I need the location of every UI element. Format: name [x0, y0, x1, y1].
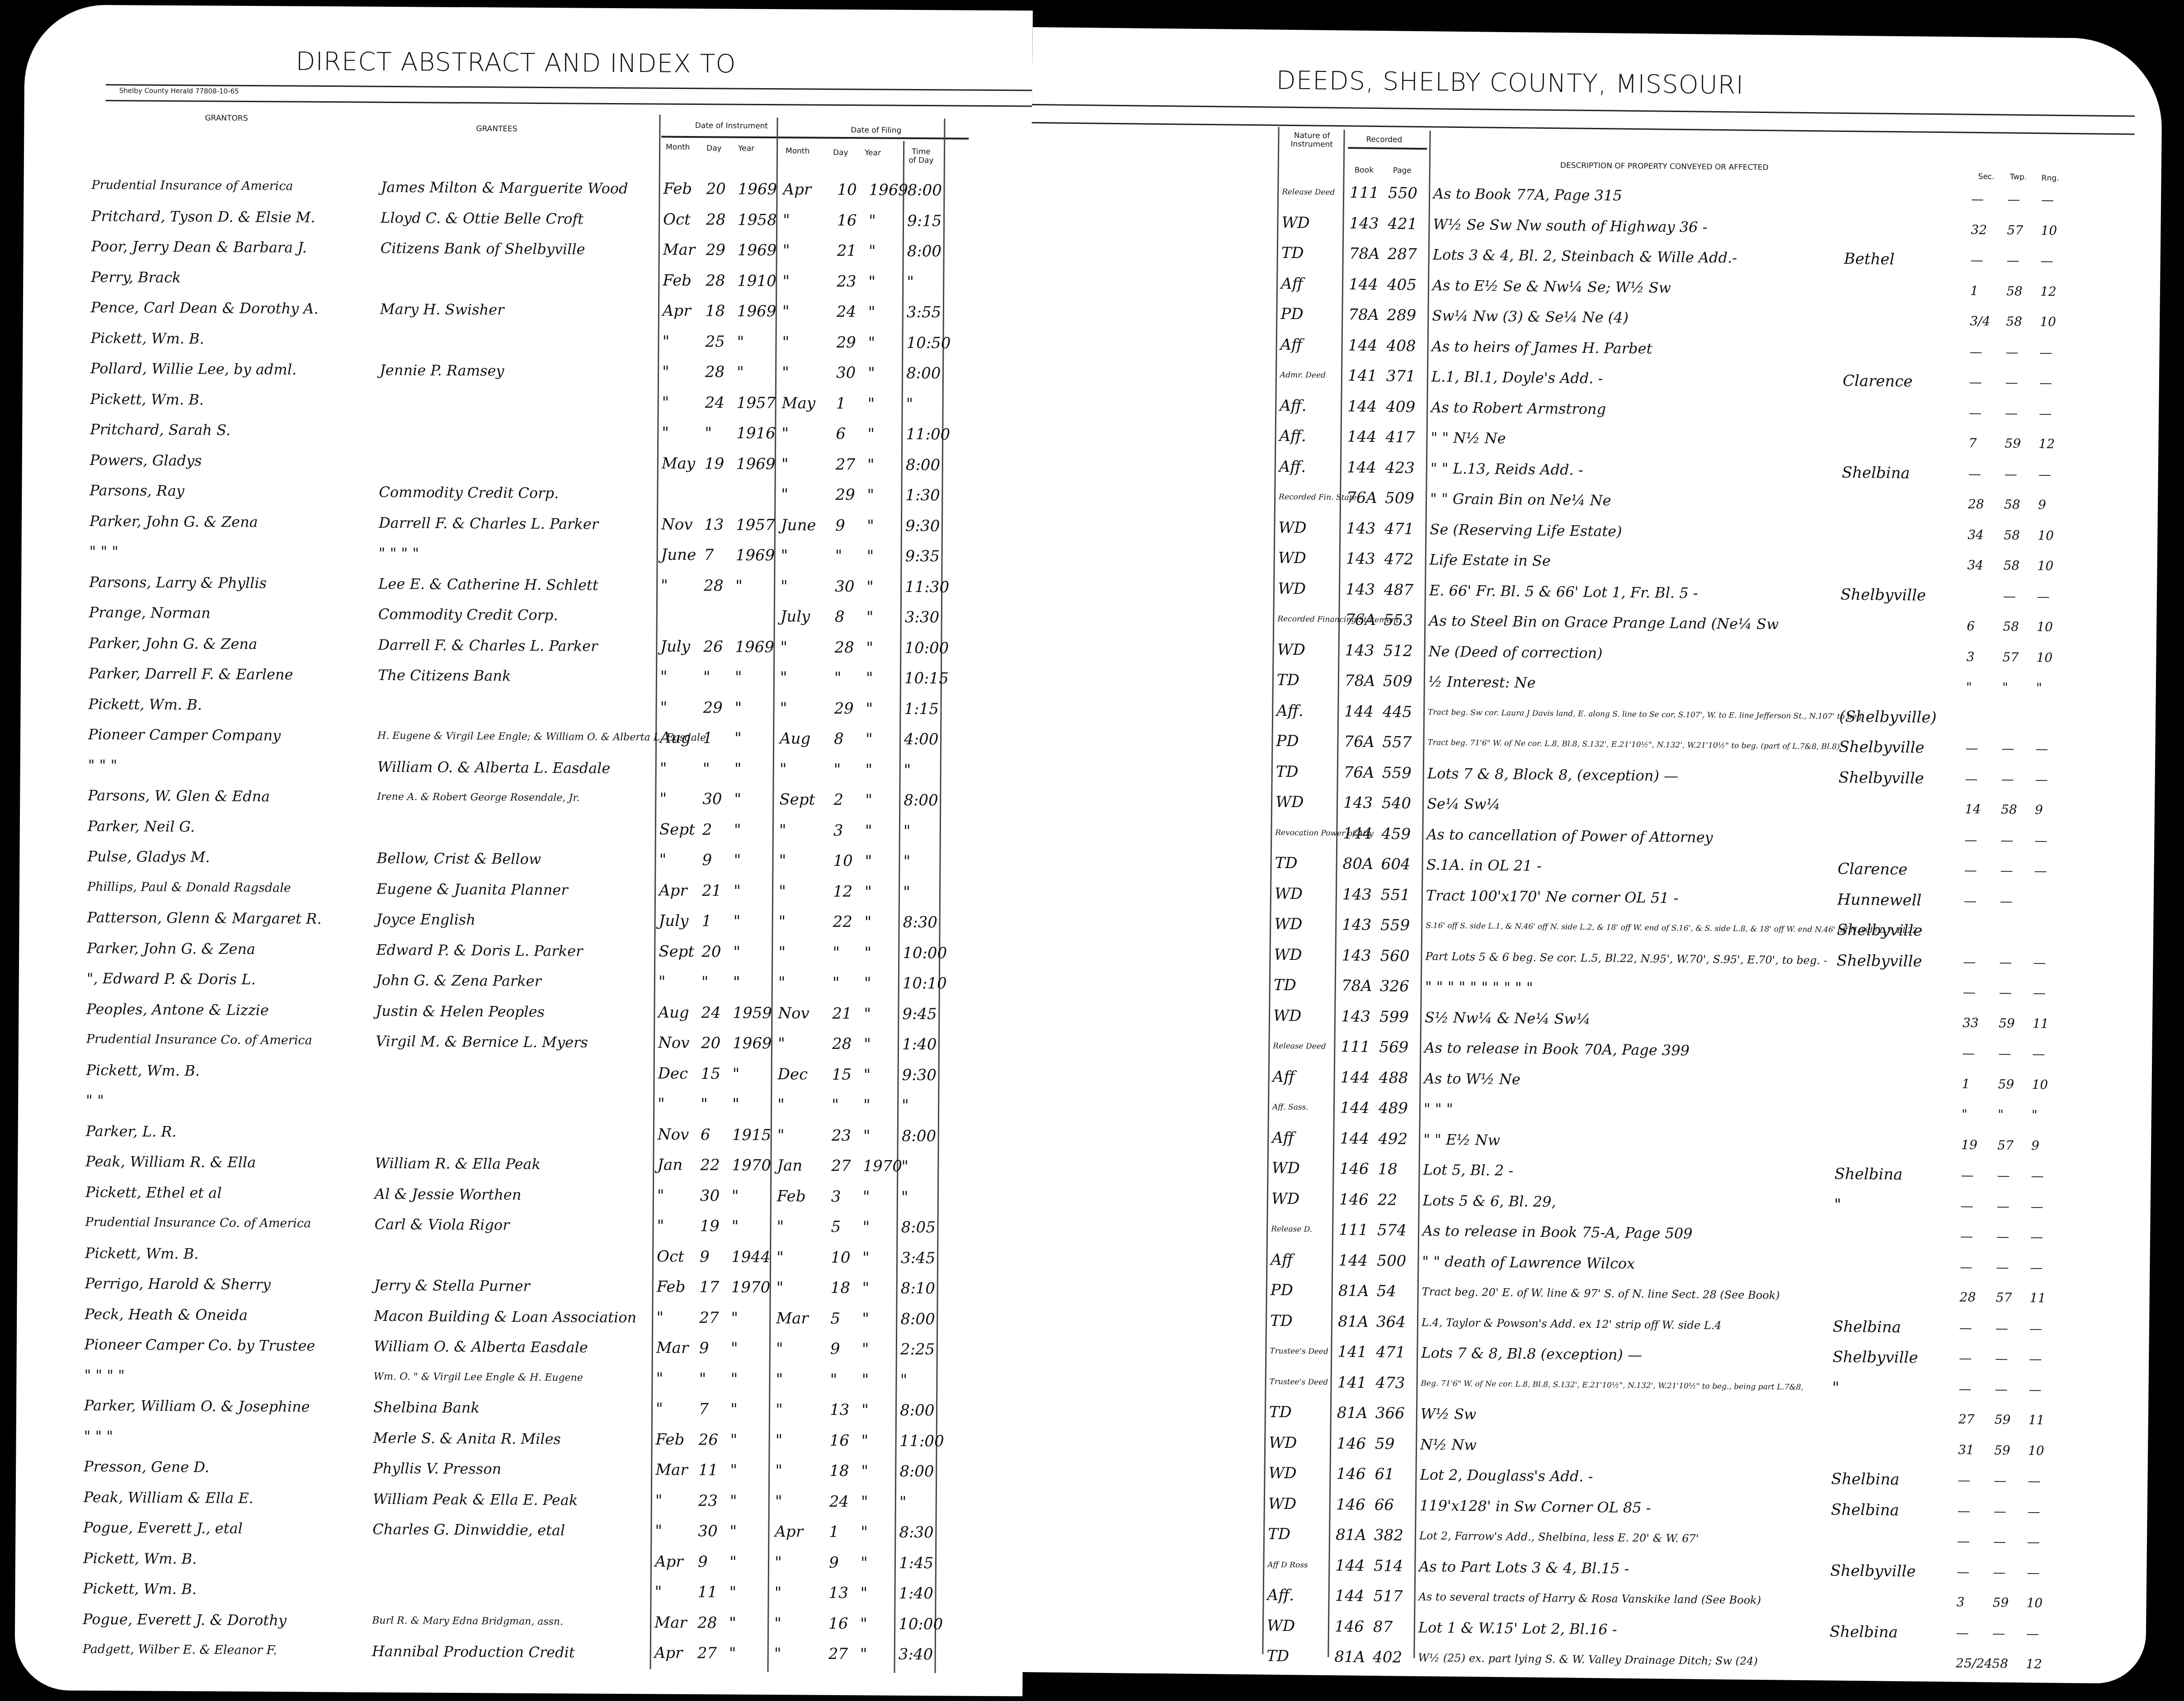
nature-of-instrument-cell: WD [1271, 1185, 1300, 1212]
filing-month-cell: " [781, 573, 788, 599]
grantee-cell: Carl & Viola Rigor [374, 1211, 509, 1238]
book-cell: 143 [1346, 515, 1376, 542]
section-cell: — [1969, 338, 1982, 365]
grantor-cell: Perry, Brack [91, 263, 181, 290]
township-cell: — [1994, 1467, 2007, 1494]
range-cell: 10 [2026, 1590, 2043, 1616]
township-cell: — [1993, 1498, 2006, 1524]
ledger-row: Peck, Heath & OneidaMacon Building & Loa… [17, 1300, 1025, 1333]
instrument-month-cell: Mar [655, 1457, 688, 1483]
grantor-cell: Patterson, Glenn & Margaret R. [87, 904, 321, 932]
instrument-year-cell: " [732, 1091, 739, 1118]
instrument-year-cell: " [730, 1366, 738, 1392]
nature-of-instrument-cell: Aff [1271, 1246, 1293, 1273]
filing-month-cell: " [782, 298, 790, 324]
grantee-cell: Wm. O. " & Virgil Lee Engle & H. Eugene [373, 1363, 583, 1391]
description-cell: Lot 2, Douglass's Add. - [1420, 1461, 1593, 1490]
filing-year-cell: " [863, 1062, 871, 1088]
nature-of-instrument-cell: WD [1273, 1002, 1302, 1029]
grantor-cell: Pritchard, Tyson D. & Elsie M. [91, 202, 315, 230]
book-cell: 143 [1346, 576, 1375, 603]
township-cell: — [1999, 949, 2012, 975]
page-cell: 54 [1376, 1278, 1396, 1304]
grantor-cell: Pickett, Wm. B. [88, 691, 202, 718]
grantee-cell: Shelbina Bank [373, 1394, 480, 1421]
instrument-day-cell: 29 [706, 237, 726, 263]
township-cell: — [1993, 1559, 2006, 1585]
ledger-row: Phillips, Paul & Donald RagsdaleEugene &… [19, 873, 1027, 906]
filing-month-cell: Aug [780, 725, 811, 752]
instrument-day-cell: 21 [702, 878, 722, 904]
instrument-year-cell: 1957 [736, 512, 775, 538]
instrument-day-cell: 19 [705, 451, 725, 477]
filing-day-cell: 27 [828, 1641, 848, 1667]
book-cell: 81A [1337, 1400, 1368, 1426]
ledger-row: Pickett, Wm. B."241957May1"" [22, 385, 1030, 418]
nature-of-instrument-cell: Aff [1272, 1063, 1294, 1090]
township-cell: 58 [2004, 492, 2020, 518]
time-of-day-cell: " [901, 1153, 908, 1179]
description-cell: W½ Se Sw Nw south of Highway 36 - [1433, 211, 1708, 240]
instrument-year-cell: " [730, 1396, 738, 1423]
ledger-row: Pioneer Camper CompanyH. Eugene & Virgil… [20, 721, 1028, 753]
time-of-day-cell: 3:30 [905, 604, 940, 630]
filing-day-cell: 13 [830, 1397, 850, 1423]
section-cell: — [1960, 1254, 1973, 1280]
filing-year-cell: " [860, 1580, 867, 1606]
book-cell: 81A [1338, 1278, 1369, 1304]
section-cell: " [1966, 674, 1972, 700]
filing-month-cell: " [780, 756, 787, 782]
ledger-row: Pritchard, Tyson D. & Elsie M.Lloyd C. &… [24, 202, 1031, 235]
description-cell: As to Book 77A, Page 315 [1433, 180, 1622, 208]
township-cell: 58 [2003, 614, 2019, 640]
section-cell: 7 [1968, 430, 1977, 456]
filing-day-cell: 3 [833, 817, 843, 843]
township-cell: 59 [1995, 1406, 2011, 1433]
grantor-cell: Phillips, Paul & Donald Ragsdale [87, 874, 291, 901]
range-cell: 10 [2037, 553, 2053, 579]
range-cell: — [2039, 339, 2052, 366]
range-cell: — [2033, 949, 2046, 976]
description-header: DESCRIPTION OF PROPERTY CONVEYED OR AFFE… [1560, 161, 1769, 172]
range-cell: — [2037, 583, 2050, 610]
instrument-year-cell: 1969 [737, 298, 777, 325]
description-cell: Lots 3 & 4, Bl. 2, Steinbach & Wille Add… [1432, 241, 1737, 271]
instrument-day-cell: 11 [697, 1579, 717, 1605]
township-cell: — [2001, 736, 2015, 762]
book-cell: 146 [1339, 1186, 1369, 1213]
page-cell: 574 [1377, 1217, 1407, 1244]
filing-month-cell: Jan [777, 1152, 802, 1179]
instrument-month-cell: " [662, 359, 669, 385]
section-cell: — [1960, 1223, 1973, 1250]
ledger-row: " " "" " " "June71969"""9:35 [21, 538, 1029, 570]
filing-day-cell: 18 [829, 1458, 849, 1484]
instrument-year-cell: 1969 [735, 634, 774, 660]
range-cell: — [2030, 1255, 2043, 1281]
range-cell: 12 [2026, 1651, 2042, 1677]
page-cell: 540 [1382, 790, 1412, 817]
ledger-row: Perrigo, Harold & SherryJerry & Stella P… [17, 1270, 1025, 1302]
nature-of-instrument-cell: Aff. [1279, 423, 1306, 450]
grantee-cell: Mary H. Swisher [380, 296, 504, 323]
instrument-day-cell: 9 [700, 1244, 710, 1270]
grantee-cell: Joyce English [376, 906, 475, 933]
township-cell: — [2005, 370, 2019, 396]
section-cell: — [1964, 857, 1977, 883]
ledger-row: Pickett, Wm. B."29""29"1:15 [20, 690, 1028, 723]
book-cell: 143 [1342, 912, 1372, 938]
book-cell: 76A [1345, 606, 1376, 633]
filing-day-cell: 16 [829, 1427, 849, 1453]
township-cell: — [2003, 583, 2016, 609]
filing-day-cell: 8 [835, 604, 845, 630]
filing-day-cell: 9 [829, 1549, 839, 1575]
instrument-day-cell: 28 [697, 1610, 717, 1636]
section-cell: 1 [1970, 277, 1978, 304]
grantor-cell: Pickett, Wm. B. [83, 1575, 197, 1602]
instrument-month-cell: " [655, 1518, 662, 1544]
grantor-cell: Prudential Insurance of America [91, 172, 293, 200]
instrument-month-cell: " [657, 1213, 664, 1239]
instrument-month-cell: Aug [658, 999, 689, 1025]
instrument-month-cell: July [659, 908, 688, 934]
grantor-cell: Prudential Insurance Co. of America [85, 1209, 311, 1237]
filing-month-cell: " [776, 1335, 783, 1362]
page-cell: 409 [1386, 394, 1416, 420]
book-cell: 143 [1341, 942, 1371, 969]
range-cell: 10 [2032, 1071, 2048, 1098]
page-cell: 500 [1377, 1248, 1407, 1274]
filing-year-cell: " [867, 512, 874, 539]
filing-year-cell: " [867, 482, 874, 508]
grantee-cell: Al & Jessie Worthen [375, 1180, 522, 1208]
nature-of-instrument-cell: Release Deed [1282, 179, 1335, 206]
instrument-year-cell: " [730, 1427, 737, 1453]
book-cell: 144 [1349, 271, 1379, 298]
range-cell: 10 [2040, 309, 2056, 335]
nature-of-instrument-cell: WD [1278, 545, 1306, 572]
township-cell: " [2002, 675, 2008, 701]
instrument-month-cell: Jan [657, 1152, 682, 1178]
township-cell: 59 [1992, 1589, 2009, 1616]
section-cell: — [1965, 735, 1978, 761]
instrument-day-cell: 2 [702, 817, 712, 843]
nature-of-instrument-cell: WD [1275, 880, 1303, 907]
range-cell: " [2032, 1102, 2038, 1128]
page-cell: 559 [1380, 912, 1410, 939]
instrument-day-cell: 13 [704, 512, 724, 538]
time-of-day-cell: 4:00 [904, 726, 939, 752]
instrument-year-cell: " [729, 1579, 736, 1606]
book-cell: 146 [1336, 1461, 1366, 1487]
nature-of-instrument-cell: WD [1274, 911, 1303, 938]
page-cell: 326 [1380, 973, 1410, 1000]
nature-of-instrument-cell: PD [1280, 301, 1304, 328]
instrument-day-cell: 27 [699, 1305, 719, 1331]
filing-month-cell: " [778, 969, 786, 996]
instrument-day-cell: " [699, 1366, 706, 1392]
instrument-month-cell: " [660, 755, 667, 781]
township-cell: 57 [1996, 1284, 2012, 1311]
filing-month-cell: " [775, 1427, 782, 1453]
book-cell: 144 [1335, 1552, 1365, 1579]
time-of-day-cell: 1:45 [899, 1550, 934, 1576]
grantees-header: GRANTEES [476, 125, 517, 133]
town-cell: Shelbyville [1830, 1557, 1916, 1584]
nature-of-instrument-cell: WD [1281, 209, 1310, 236]
book-cell: 76A [1346, 484, 1377, 511]
grantee-cell: Lloyd C. & Ottie Belle Croft [381, 204, 584, 232]
instrument-month-cell: Sept [659, 938, 694, 964]
time-of-day-header: Time of Day [908, 148, 935, 165]
time-of-day-cell: 8:05 [901, 1214, 936, 1241]
section-cell: — [1957, 1528, 1970, 1555]
instrument-year-cell: " [730, 1457, 737, 1484]
grantor-cell: Pulse, Gladys M. [87, 843, 210, 870]
grantor-cell: Presson, Gene D. [84, 1453, 209, 1480]
filing-month-cell: " [778, 939, 786, 965]
filing-day-cell: 16 [828, 1610, 848, 1636]
grantor-cell: Parker, John G. & Zena [87, 935, 255, 962]
grantor-cell: Parker, L. R. [86, 1118, 177, 1144]
section-cell: 28 [1968, 491, 1984, 517]
filing-year-cell: " [865, 848, 872, 874]
description-cell: E. 66' Fr. Bl. 5 & 66' Lot 1, Fr. Bl. 5 … [1429, 577, 1698, 606]
filing-month-cell: Apr [783, 176, 811, 202]
time-of-day-cell: 8:00 [907, 238, 942, 264]
filing-day-cell: 10 [833, 848, 853, 874]
section-cell: — [1964, 888, 1977, 914]
filing-year-cell: 1969 [869, 177, 908, 203]
filing-month-cell: " [781, 420, 789, 446]
nature-of-instrument-cell: Aff. Sass. [1272, 1094, 1309, 1121]
filing-day-cell: " [832, 1092, 839, 1118]
instrument-day-cell: " [701, 1091, 708, 1117]
range-cell: — [2030, 1194, 2043, 1220]
book-cell: 78A [1345, 667, 1375, 694]
range-cell: — [2026, 1621, 2039, 1647]
page-cell: 382 [1374, 1522, 1404, 1549]
grantee-cell: Commodity Credit Corp. [378, 601, 558, 628]
instrument-day-cell: 11 [698, 1457, 718, 1483]
filing-month-cell: " [774, 1640, 781, 1667]
section-cell: 3 [1956, 1589, 1964, 1616]
township-cell: 57 [1997, 1132, 2014, 1158]
instrument-year-cell: " [729, 1610, 736, 1636]
grantor-cell: Parsons, Larry & Phyllis [89, 569, 267, 596]
filing-month-cell: " [781, 451, 789, 477]
page-cell: 287 [1387, 241, 1417, 268]
section-cell: — [1956, 1620, 1969, 1646]
filing-day-cell: " [835, 543, 842, 569]
nature-of-instrument-cell: Aff D Ross [1267, 1551, 1308, 1578]
instrument-day-header: Day [706, 144, 722, 153]
nature-of-instrument-cell: Aff [1280, 331, 1302, 358]
section-cell: 25/24 [1956, 1650, 1992, 1677]
town-cell: Clarence [1843, 368, 1913, 395]
instrument-year-cell: 1910 [737, 268, 777, 294]
page-cell: 471 [1376, 1339, 1406, 1366]
grantor-cell: Powers, Gladys [90, 446, 202, 474]
time-of-day-cell: 1:15 [904, 695, 939, 722]
range-cell: — [2033, 980, 2046, 1006]
nature-of-instrument-cell: Aff [1272, 1124, 1294, 1151]
filing-day-cell: 30 [835, 573, 855, 599]
section-cell: — [1964, 827, 1977, 853]
time-of-day-cell: 8:00 [900, 1397, 935, 1424]
range-cell: 12 [2038, 431, 2055, 457]
page-cell: 509 [1383, 668, 1413, 695]
instrument-day-cell: 18 [706, 298, 725, 324]
instrument-day-cell: 30 [702, 786, 722, 812]
filing-day-cell: 8 [834, 726, 844, 752]
time-of-day-cell: " [907, 268, 914, 295]
section-cell: — [1959, 1315, 1972, 1341]
time-of-day-cell: " [903, 848, 910, 874]
instrument-day-cell: 1 [701, 908, 711, 934]
filing-day-cell: 13 [828, 1580, 848, 1606]
filing-month-cell: " [782, 268, 790, 294]
township-cell: 58 [2003, 553, 2019, 579]
instrument-month-cell: Nov [658, 1121, 689, 1147]
filing-year-cell: " [866, 604, 874, 630]
page-cell: 472 [1384, 546, 1414, 573]
nature-of-instrument-cell: TD [1275, 850, 1298, 877]
description-cell: " " " [1424, 1095, 1453, 1122]
filing-year-cell: " [864, 909, 871, 935]
instrument-day-cell: " [703, 664, 711, 690]
filing-year-header: Year [865, 149, 881, 157]
grantor-cell: Padgett, Wilber E. & Eleanor F. [83, 1636, 277, 1664]
instrument-month-cell: " [656, 1365, 663, 1391]
instrument-day-cell: 17 [700, 1274, 720, 1300]
section-cell: — [1969, 369, 1982, 395]
book-cell: 78A [1341, 973, 1372, 999]
section-cell: 34 [1967, 552, 1983, 578]
instrument-month-header: Month [666, 143, 690, 152]
filing-day-cell: 22 [833, 909, 852, 935]
section-cell: — [1962, 1040, 1975, 1067]
page-cell: 512 [1383, 638, 1413, 664]
filing-month-cell: July [781, 603, 810, 630]
grantor-cell: Parker, John G. & Zena [89, 507, 258, 535]
description-cell: Se (Reserving Life Estate) [1430, 516, 1622, 544]
instrument-year-cell: 1970 [731, 1274, 771, 1301]
filing-year-cell: " [863, 1092, 871, 1118]
grantee-cell: Macon Building & Loan Association [374, 1302, 636, 1330]
range-cell: 11 [2033, 1010, 2049, 1037]
time-of-day-cell: 8:10 [901, 1275, 936, 1302]
page-cell: 364 [1376, 1309, 1406, 1335]
page-cell: 423 [1385, 455, 1415, 481]
filing-day-cell: 29 [834, 695, 854, 721]
ledger-row: Peak, William & Ella E.William Peak & El… [16, 1483, 1024, 1516]
filing-year-cell: " [865, 818, 872, 844]
description-cell: As to Steel Bin on Grace Prange Land (Ne… [1429, 607, 1779, 637]
grantors-header: GRANTORS [205, 114, 248, 122]
instrument-month-cell: Dec [658, 1060, 688, 1086]
instrument-month-cell: " [654, 1579, 662, 1605]
ledger-row: Patterson, Glenn & Margaret R.Joyce Engl… [19, 904, 1027, 936]
filing-day-cell: 27 [831, 1153, 851, 1179]
book-cell: 144 [1347, 393, 1377, 420]
filing-day-cell: 24 [829, 1488, 849, 1514]
description-cell: As to W½ Ne [1424, 1065, 1520, 1092]
ledger-row: Parker, John G. & ZenaDarrell F. & Charl… [22, 507, 1030, 540]
township-cell: — [1996, 1315, 2009, 1341]
grantee-cell: Commodity Credit Corp. [379, 479, 559, 506]
range-cell: — [2029, 1316, 2043, 1342]
ledger-row: Pogue, Everett J., etalCharles G. Dinwid… [15, 1514, 1023, 1546]
range-cell: — [2030, 1224, 2043, 1250]
ledger-row: Pulse, Gladys M.Bellow, Crist & Bellow"9… [19, 843, 1027, 875]
filing-day-cell: 18 [831, 1275, 851, 1301]
filing-day-cell: 1 [836, 390, 846, 416]
instrument-year-cell: " [730, 1549, 737, 1575]
instrument-day-cell: 28 [705, 359, 725, 385]
ledger-row: Parker, John G. & ZenaEdward P. & Doris … [19, 934, 1027, 967]
ledger-row: Parker, William O. & JosephineShelbina B… [16, 1392, 1024, 1424]
range-cell: 10 [2036, 644, 2052, 671]
time-of-day-cell: 8:00 [906, 451, 941, 478]
instrument-year-cell: 1969 [738, 176, 777, 203]
instrument-month-cell: " [659, 969, 666, 995]
ledger-row: Pollard, Willie Lee, by adml.Jennie P. R… [23, 355, 1031, 387]
filing-year-cell: " [868, 299, 875, 325]
description-cell: Part Lots 5 & 6 beg. Se cor. L.5, Bl.22,… [1425, 943, 1827, 973]
town-cell: " [1834, 1191, 1841, 1217]
description-cell: Tract 100'x170' Ne corner OL 51 - [1426, 882, 1679, 911]
nature-of-instrument-cell: TD [1268, 1521, 1291, 1548]
description-cell: Tract beg. 20' E. of W. line & 97' S. of… [1421, 1278, 1780, 1308]
ledger-row: Prudential Insurance of AmericaJames Mil… [24, 172, 1031, 204]
township-cell: 58 [2001, 797, 2017, 823]
filing-day-cell: 10 [831, 1244, 851, 1270]
grantee-cell: Virgil M. & Bernice L. Myers [376, 1028, 588, 1056]
filing-year-cell: " [861, 1550, 868, 1576]
filing-month-cell: Feb [777, 1183, 806, 1209]
instrument-year-cell: 1969 [733, 1030, 772, 1057]
instrument-month-cell: Mar [663, 237, 696, 263]
filing-day-cell: 27 [836, 451, 856, 477]
section-cell: — [1970, 247, 1983, 273]
township-cell: — [2000, 888, 2013, 914]
recorded-header: Recorded [1357, 136, 1411, 145]
description-cell: W½ (25) ex. part lying S. & W. Valley Dr… [1418, 1645, 1758, 1674]
time-of-day-cell: 3:45 [901, 1245, 936, 1271]
book-cell: 78A [1349, 240, 1379, 267]
time-of-day-cell: 11:00 [899, 1428, 944, 1454]
township-cell: — [1992, 1620, 2005, 1646]
ledger-row: " " "Merle S. & Anita R. MilesFeb26""16"… [16, 1422, 1024, 1455]
page-cell: 59 [1375, 1431, 1395, 1457]
book-cell: 144 [1348, 332, 1378, 359]
section-cell: 1 [1962, 1071, 1970, 1097]
filing-month-cell: " [782, 329, 789, 355]
instrument-month-cell: Nov [658, 1030, 690, 1056]
instrument-year-cell: 1969 [735, 542, 775, 569]
grantor-cell: Pickett, Wm. B. [90, 324, 204, 352]
range-cell: 10 [2028, 1438, 2044, 1464]
range-cell: 9 [2031, 1132, 2039, 1159]
filing-day-cell: 5 [830, 1305, 840, 1331]
page-cell: 604 [1381, 851, 1411, 878]
ledger-row: Padgett, Wilber E. & Eleanor F.Hannibal … [15, 1636, 1023, 1668]
town-cell: Bethel [1844, 246, 1894, 273]
range-cell: — [2029, 1346, 2042, 1372]
